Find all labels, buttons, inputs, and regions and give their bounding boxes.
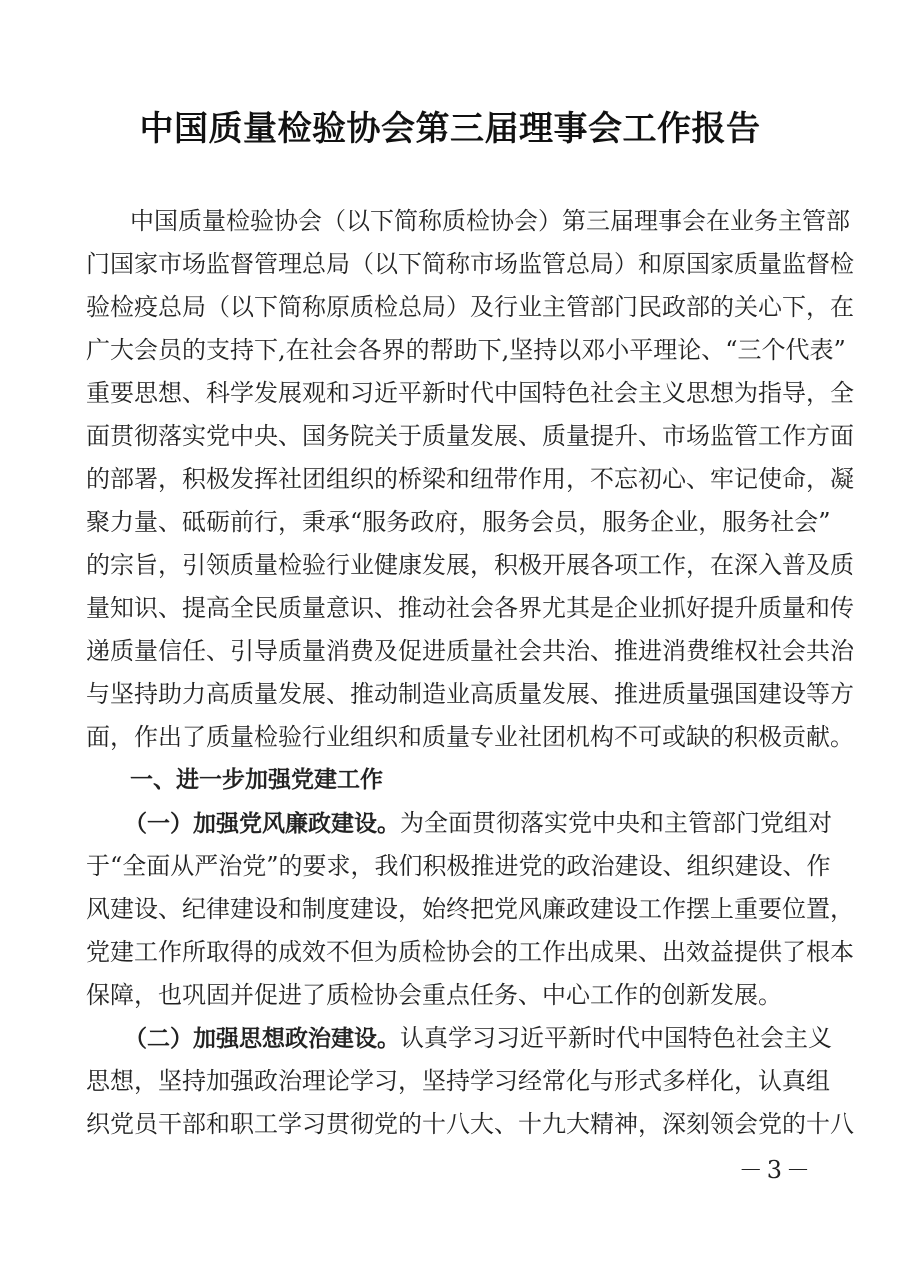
- paragraph-line: 思想，坚持加强政治理论学习，坚持学习经常化与形式多样化，认真组: [86, 1060, 818, 1103]
- paragraph-line: 重要思想、科学发展观和习近平新时代中国特色社会主义思想为指导，全: [86, 372, 818, 415]
- subsection-lead: （二）加强思想政治建设。: [124, 1026, 400, 1052]
- paragraph-line: 织党员干部和职工学习贯彻党的十八大、十九大精神，深刻领会党的十八: [86, 1103, 818, 1146]
- paragraph-line: 递质量信任、引导质量消费及促进质量社会共治、推进消费维权社会共治: [86, 630, 818, 673]
- paragraph-line: 保障，也巩固并促进了质检协会重点任务、中心工作的创新发展。: [86, 974, 818, 1017]
- paragraph-line: 量知识、提高全民质量意识、推动社会各界尤其是企业抓好提升质量和传: [86, 587, 818, 630]
- paragraph-line: 的宗旨，引领质量检验行业健康发展，积极开展各项工作，在深入普及质: [86, 544, 818, 587]
- section-heading: 一、进一步加强党建工作: [86, 759, 818, 802]
- paragraph-line: 与坚持助力高质量发展、推动制造业高质量发展、推进质量强国建设等方: [86, 673, 818, 716]
- document-body: 中国质量检验协会（以下简称质检协会）第三届理事会在业务主管部 门国家市场监督管理…: [86, 200, 818, 1146]
- paragraph-line: 门国家市场监督管理总局（以下简称市场监管总局）和原国家质量监督检: [86, 243, 818, 286]
- paragraph-line: 面，作出了质量检验行业组织和质量专业社团机构不可或缺的积极贡献。: [86, 716, 818, 759]
- paragraph-first-line: （二）加强思想政治建设。认真学习习近平新时代中国特色社会主义: [86, 1017, 818, 1060]
- paragraph-line: 验检疫总局（以下简称原质检总局）及行业主管部门民政部的关心下，在: [86, 286, 818, 329]
- subsection-ideological-building: （二）加强思想政治建设。认真学习习近平新时代中国特色社会主义 思想，坚持加强政治…: [86, 1017, 818, 1146]
- paragraph-line: 风建设、纪律建设和制度建设，始终把党风廉政建设工作摆上重要位置，: [86, 888, 818, 931]
- paragraph-line: 于“全面从严治党”的要求，我们积极推进党的政治建设、组织建设、作: [86, 845, 818, 888]
- document-page: 中国质量检验协会第三届理事会工作报告 中国质量检验协会（以下简称质检协会）第三届…: [0, 0, 900, 1273]
- paragraph-line: 面贯彻落实党中央、国务院关于质量发展、质量提升、市场监管工作方面: [86, 415, 818, 458]
- page-number: －3－: [739, 1150, 814, 1185]
- paragraph-text: 为全面贯彻落实党中央和主管部门党组对: [400, 809, 832, 837]
- document-title: 中国质量检验协会第三届理事会工作报告: [0, 104, 900, 154]
- paragraph-first-line: （一）加强党风廉政建设。为全面贯彻落实党中央和主管部门党组对: [86, 802, 818, 845]
- paragraph-line: 的部署，积极发挥社团组织的桥梁和纽带作用，不忘初心、牢记使命，凝: [86, 458, 818, 501]
- subsection-party-conduct: （一）加强党风廉政建设。为全面贯彻落实党中央和主管部门党组对 于“全面从严治党”…: [86, 802, 818, 1017]
- paragraph-line: 中国质量检验协会（以下简称质检协会）第三届理事会在业务主管部: [86, 200, 818, 243]
- paragraph-line: 党建工作所取得的成效不但为质检协会的工作出成果、出效益提供了根本: [86, 931, 818, 974]
- paragraph-line: 聚力量、砥砺前行，秉承“服务政府，服务会员，服务企业，服务社会”: [86, 501, 818, 544]
- subsection-lead: （一）加强党风廉政建设。: [124, 811, 400, 837]
- paragraph-line: 广大会员的支持下,在社会各界的帮助下,坚持以邓小平理论、“三个代表”: [86, 329, 818, 372]
- paragraph-text: 认真学习习近平新时代中国特色社会主义: [400, 1024, 832, 1052]
- intro-paragraph: 中国质量检验协会（以下简称质检协会）第三届理事会在业务主管部 门国家市场监督管理…: [86, 200, 818, 759]
